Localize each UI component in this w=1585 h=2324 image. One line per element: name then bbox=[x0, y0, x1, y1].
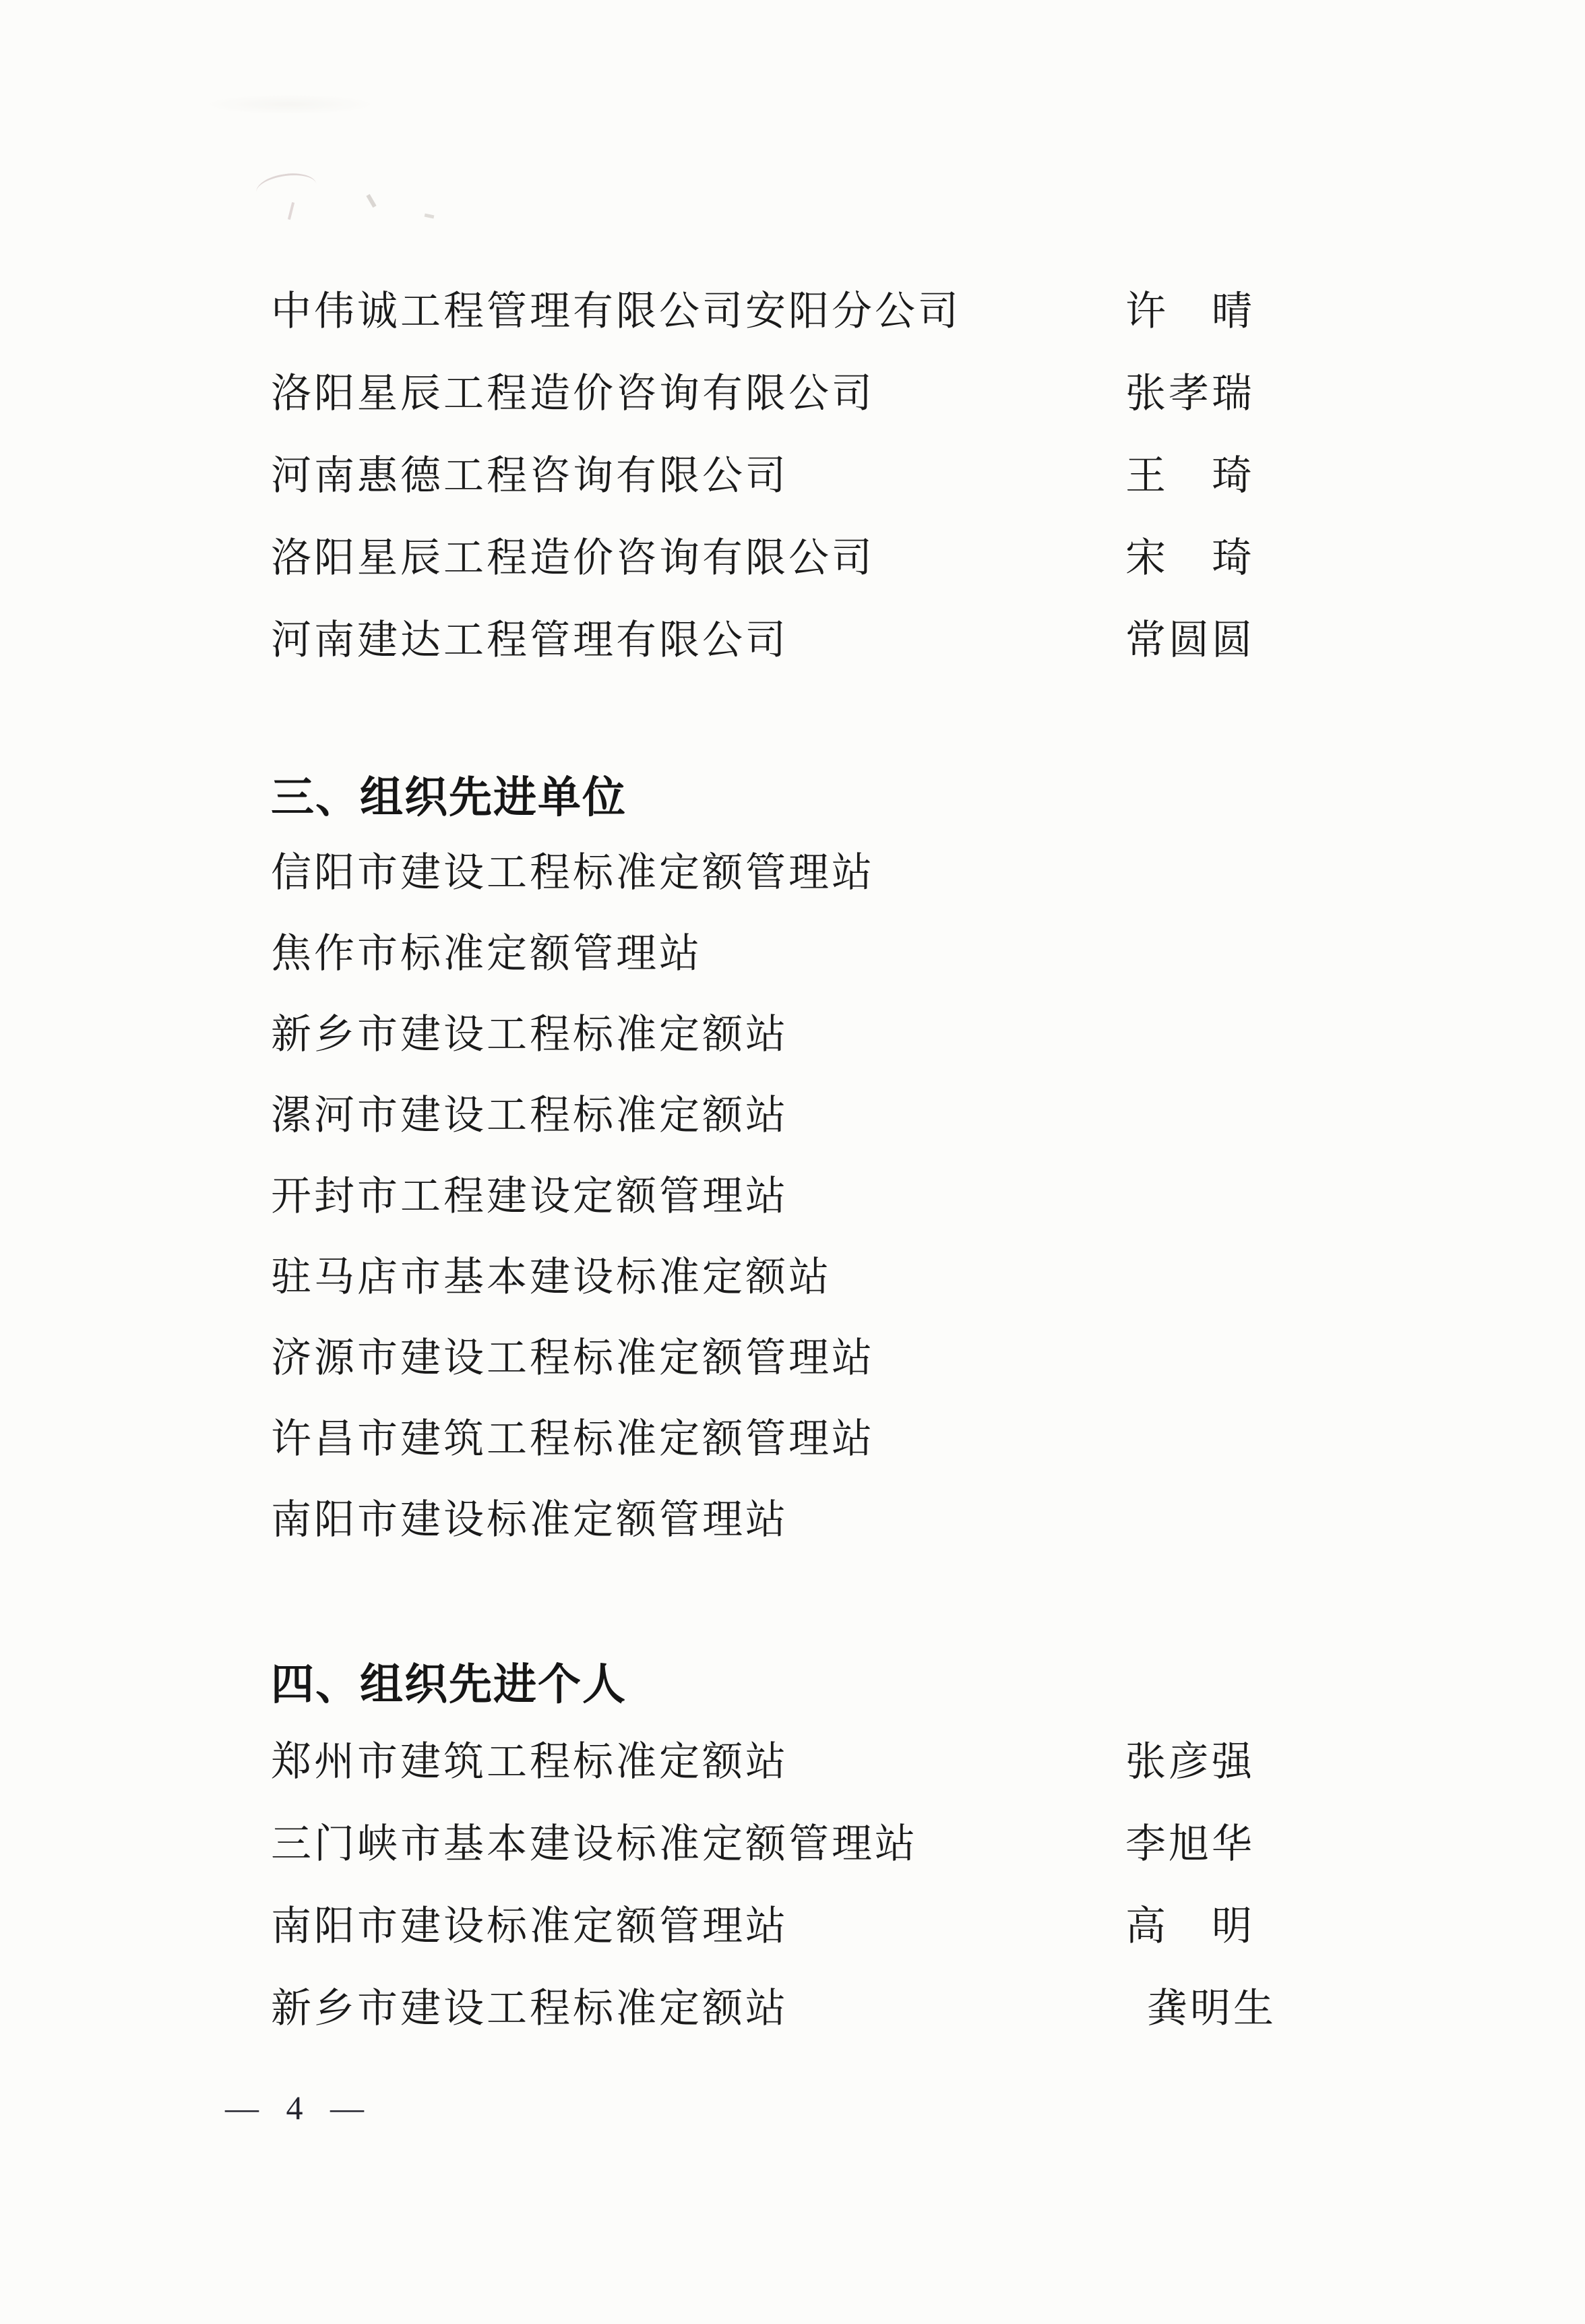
person-name: 张孝瑞 bbox=[1125, 361, 1255, 419]
unit-row: 焦作市标准定额管理站 bbox=[271, 910, 1477, 991]
unit-name: 开封市工程建设定额管理站 bbox=[271, 1164, 788, 1222]
scan-smudge bbox=[202, 94, 377, 115]
org-name: 洛阳星辰工程造价咨询有限公司 bbox=[271, 526, 875, 584]
unit-name: 驻马店市基本建设标准定额站 bbox=[271, 1245, 832, 1303]
unit-row: 许昌市建筑工程标准定额管理站 bbox=[271, 1395, 1477, 1476]
org-name: 河南惠德工程咨询有限公司 bbox=[271, 444, 788, 501]
person-name: 龚明生 bbox=[1147, 1976, 1276, 2034]
award-row: 河南惠德工程咨询有限公司 王 琦 bbox=[271, 431, 1477, 514]
unit-name: 南阳市建设标准定额管理站 bbox=[271, 1488, 788, 1546]
org-name: 南阳市建设标准定额管理站 bbox=[271, 1894, 788, 1952]
org-name: 河南建达工程管理有限公司 bbox=[271, 608, 788, 666]
unit-row: 南阳市建设标准定额管理站 bbox=[271, 1476, 1477, 1557]
unit-name: 济源市建设工程标准定额管理站 bbox=[271, 1326, 875, 1384]
person-name: 王 琦 bbox=[1125, 444, 1255, 501]
org-name: 三门峡市基本建设标准定额管理站 bbox=[271, 1812, 918, 1870]
org-name: 洛阳星辰工程造价咨询有限公司 bbox=[271, 361, 875, 419]
person-name: 张彦强 bbox=[1125, 1730, 1255, 1787]
person-name: 高 明 bbox=[1125, 1894, 1255, 1952]
individual-row: 三门峡市基本建设标准定额管理站 李旭华 bbox=[271, 1800, 1477, 1882]
award-row: 洛阳星辰工程造价咨询有限公司 宋 琦 bbox=[271, 514, 1477, 596]
unit-row: 济源市建设工程标准定额管理站 bbox=[271, 1314, 1477, 1395]
individual-row: 郑州市建筑工程标准定额站 张彦强 bbox=[271, 1717, 1477, 1800]
person-name: 常圆圆 bbox=[1125, 608, 1255, 666]
person-name: 李旭华 bbox=[1125, 1812, 1255, 1870]
section-heading-advanced-individuals: 四、组织先进个人 bbox=[271, 1650, 627, 1712]
unit-name: 新乡市建设工程标准定额站 bbox=[271, 1002, 788, 1060]
unit-name: 漯河市建设工程标准定额站 bbox=[271, 1083, 788, 1141]
advanced-units-list: 信阳市建设工程标准定额管理站 焦作市标准定额管理站 新乡市建设工程标准定额站 漯… bbox=[271, 829, 1477, 1557]
scan-smudge bbox=[366, 194, 376, 208]
unit-name: 信阳市建设工程标准定额管理站 bbox=[271, 840, 875, 898]
unit-row: 新乡市建设工程标准定额站 bbox=[271, 991, 1477, 1072]
scan-smudge bbox=[288, 202, 294, 220]
unit-row: 信阳市建设工程标准定额管理站 bbox=[271, 829, 1477, 910]
document-page: 中伟诚工程管理有限公司安阳分公司 许 晴 洛阳星辰工程造价咨询有限公司 张孝瑞 … bbox=[0, 0, 1585, 2324]
unit-name: 许昌市建筑工程标准定额管理站 bbox=[271, 1407, 875, 1465]
unit-name: 焦作市标准定额管理站 bbox=[271, 921, 702, 979]
scan-smudge bbox=[425, 214, 435, 219]
person-name: 宋 琦 bbox=[1125, 526, 1255, 584]
scan-smudge bbox=[254, 170, 318, 207]
person-name: 许 晴 bbox=[1125, 279, 1255, 337]
org-name: 郑州市建筑工程标准定额站 bbox=[271, 1730, 788, 1787]
unit-row: 驻马店市基本建设标准定额站 bbox=[271, 1233, 1477, 1314]
award-row: 河南建达工程管理有限公司 常圆圆 bbox=[271, 596, 1477, 678]
page-number: — 4 — bbox=[225, 2088, 373, 2127]
org-name: 新乡市建设工程标准定额站 bbox=[271, 1976, 788, 2034]
advanced-individuals-list: 郑州市建筑工程标准定额站 张彦强 三门峡市基本建设标准定额管理站 李旭华 南阳市… bbox=[271, 1717, 1477, 2046]
award-row: 洛阳星辰工程造价咨询有限公司 张孝瑞 bbox=[271, 349, 1477, 431]
individual-row: 南阳市建设标准定额管理站 高 明 bbox=[271, 1882, 1477, 1964]
award-row: 中伟诚工程管理有限公司安阳分公司 许 晴 bbox=[271, 267, 1477, 349]
org-name: 中伟诚工程管理有限公司安阳分公司 bbox=[271, 279, 961, 337]
award-recipient-list: 中伟诚工程管理有限公司安阳分公司 许 晴 洛阳星辰工程造价咨询有限公司 张孝瑞 … bbox=[271, 267, 1477, 678]
unit-row: 开封市工程建设定额管理站 bbox=[271, 1153, 1477, 1233]
section-heading-advanced-units: 三、组织先进单位 bbox=[271, 763, 627, 825]
unit-row: 漯河市建设工程标准定额站 bbox=[271, 1072, 1477, 1153]
individual-row: 新乡市建设工程标准定额站 龚明生 bbox=[271, 1964, 1477, 2046]
